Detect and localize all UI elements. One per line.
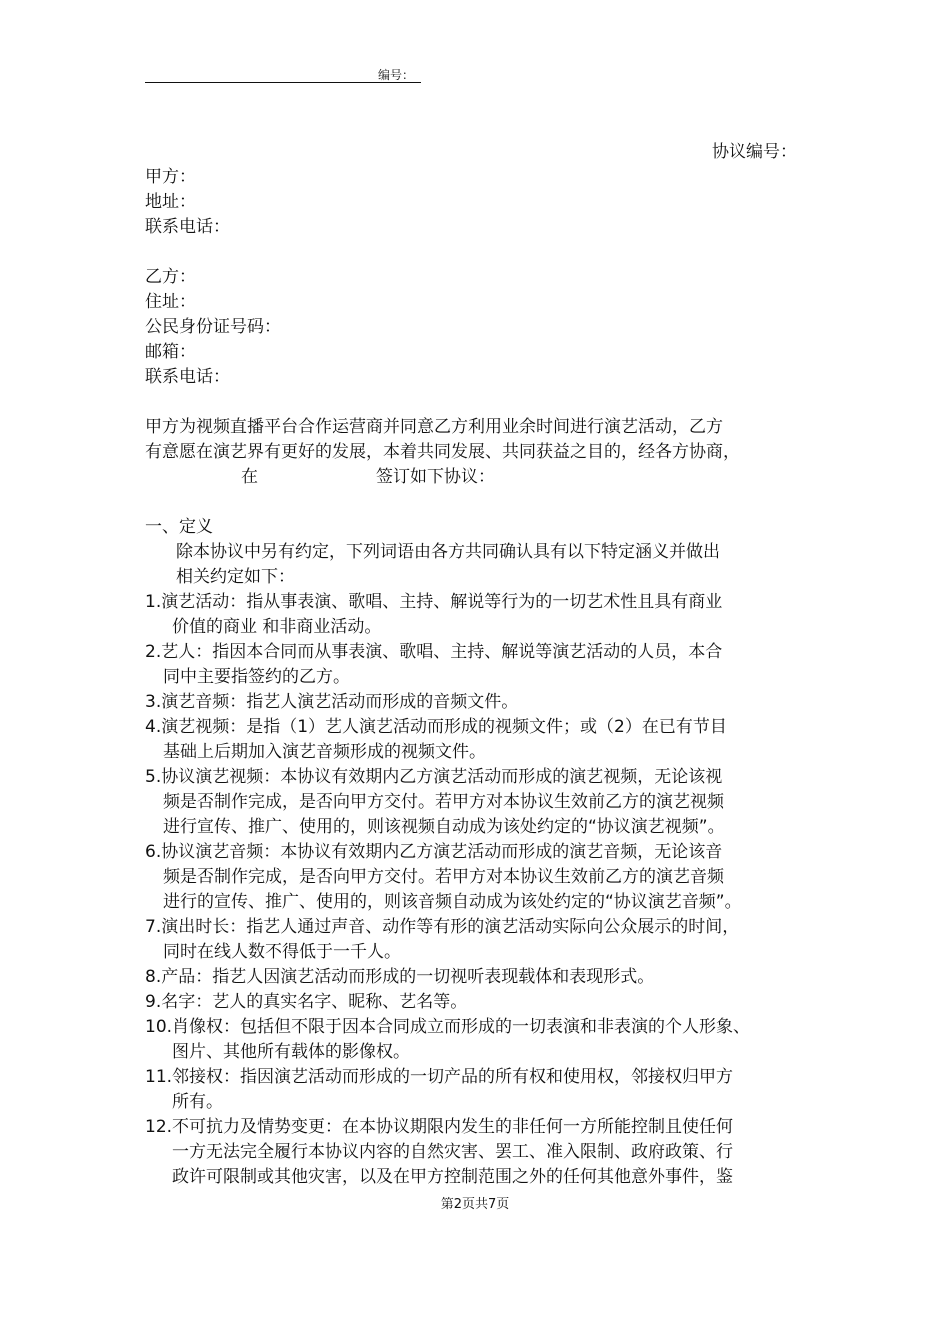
definition-item-1: 1.演艺活动：指从事表演、歌唱、主持、解说等行为的一切艺术性且具有商业 xyxy=(145,591,722,613)
definition-item-10-cont: 图片、其他所有载体的影像权。 xyxy=(172,1041,410,1063)
document-page: 编号： 协议编号： 甲方： 地址： 联系电话： 乙方： 住址： 公民身份证号码：… xyxy=(0,0,950,1344)
definition-item-2-cont: 同中主要指签约的乙方。 xyxy=(163,666,350,688)
definition-item-3: 3.演艺音频：指艺人演艺活动而形成的音频文件。 xyxy=(145,691,518,713)
preamble-line-1: 甲方为视频直播平台合作运营商并同意乙方利用业余时间进行演艺活动，乙方 xyxy=(145,416,723,438)
preamble-line-2: 有意愿在演艺界有更好的发展，本着共同发展、共同获益之目的，经各方协商， xyxy=(145,441,740,463)
definition-item-7: 7.演出时长：指艺人通过声音、动作等有形的演艺活动实际向公众展示的时间， xyxy=(145,916,739,938)
definition-item-12: 12.不可抗力及情势变更：在本协议期限内发生的非任何一方所能控制且使任何 xyxy=(145,1116,733,1138)
party-b-id-label: 公民身份证号码： xyxy=(145,316,281,338)
definition-item-12-cont-1: 一方无法完全履行本协议内容的自然灾害、罢工、准入限制、政府政策、行 xyxy=(172,1141,733,1163)
definition-item-6: 6.协议演艺音频：本协议有效期内乙方演艺活动而形成的演艺音频，无论该音 xyxy=(145,841,722,863)
agreement-number-label: 协议编号： xyxy=(712,141,797,163)
section-title-definitions: 一、定义 xyxy=(145,516,213,538)
page-footer: 第2页共7页 xyxy=(0,1193,950,1212)
definition-item-5-cont-2: 进行宣传、推广、使用的，则该视频自动成为该处约定的“协议演艺视频”。 xyxy=(163,816,725,838)
definition-item-12-cont-2: 政许可限制或其他灾害，以及在甲方控制范围之外的任何其他意外事件，鉴 xyxy=(172,1166,733,1188)
party-b-phone-label: 联系电话： xyxy=(145,366,230,388)
party-b-email-label: 邮箱： xyxy=(145,341,196,363)
definition-item-4: 4.演艺视频：是指（1）艺人演艺活动而形成的视频文件；或（2）在已有节目 xyxy=(145,716,727,738)
definition-item-11-cont: 所有。 xyxy=(172,1091,223,1113)
definition-item-6-cont-1: 频是否制作完成，是否向甲方交付。若甲方对本协议生效前乙方的演艺音频 xyxy=(163,866,724,888)
definition-item-5-cont-1: 频是否制作完成，是否向甲方交付。若甲方对本协议生效前乙方的演艺视频 xyxy=(163,791,724,813)
party-b-name-label: 乙方： xyxy=(145,266,196,288)
preamble-line-3-sign: 签订如下协议： xyxy=(376,466,495,488)
definition-item-6-cont-2: 进行的宣传、推广、使用的，则该音频自动成为该处约定的“协议演艺音频”。 xyxy=(163,891,742,913)
definition-item-4-cont: 基础上后期加入演艺音频形成的视频文件。 xyxy=(163,741,486,763)
definition-item-7-cont: 同时在线人数不得低于一千人。 xyxy=(163,941,401,963)
definition-item-10: 10.肖像权：包括但不限于因本合同成立而形成的一切表演和非表演的个人形象、 xyxy=(145,1016,750,1038)
party-a-phone-label: 联系电话： xyxy=(145,216,230,238)
definition-item-2: 2.艺人：指因本合同而从事表演、歌唱、主持、解说等演艺活动的人员，本合 xyxy=(145,641,722,663)
definition-item-8: 8.产品：指艺人因演艺活动而形成的一切视听表现载体和表现形式。 xyxy=(145,966,654,988)
party-a-name-label: 甲方： xyxy=(145,166,196,188)
definition-item-11: 11.邻接权：指因演艺活动而形成的一切产品的所有权和使用权，邻接权归甲方 xyxy=(145,1066,733,1088)
definition-item-1-cont: 价值的商业 和非商业活动。 xyxy=(172,616,381,638)
definition-item-5: 5.协议演艺视频：本协议有效期内乙方演艺活动而形成的演艺视频，无论该视 xyxy=(145,766,722,788)
definition-item-9: 9.名字：艺人的真实名字、昵称、艺名等。 xyxy=(145,991,467,1013)
party-a-address-label: 地址： xyxy=(145,191,196,213)
section-intro-line-2: 相关约定如下： xyxy=(176,566,295,588)
party-b-address-label: 住址： xyxy=(145,291,196,313)
preamble-line-3-place: 在 xyxy=(241,466,258,488)
header-number-label: 编号： xyxy=(378,66,414,83)
section-intro-line-1: 除本协议中另有约定，下列词语由各方共同确认具有以下特定涵义并做出 xyxy=(176,541,720,563)
